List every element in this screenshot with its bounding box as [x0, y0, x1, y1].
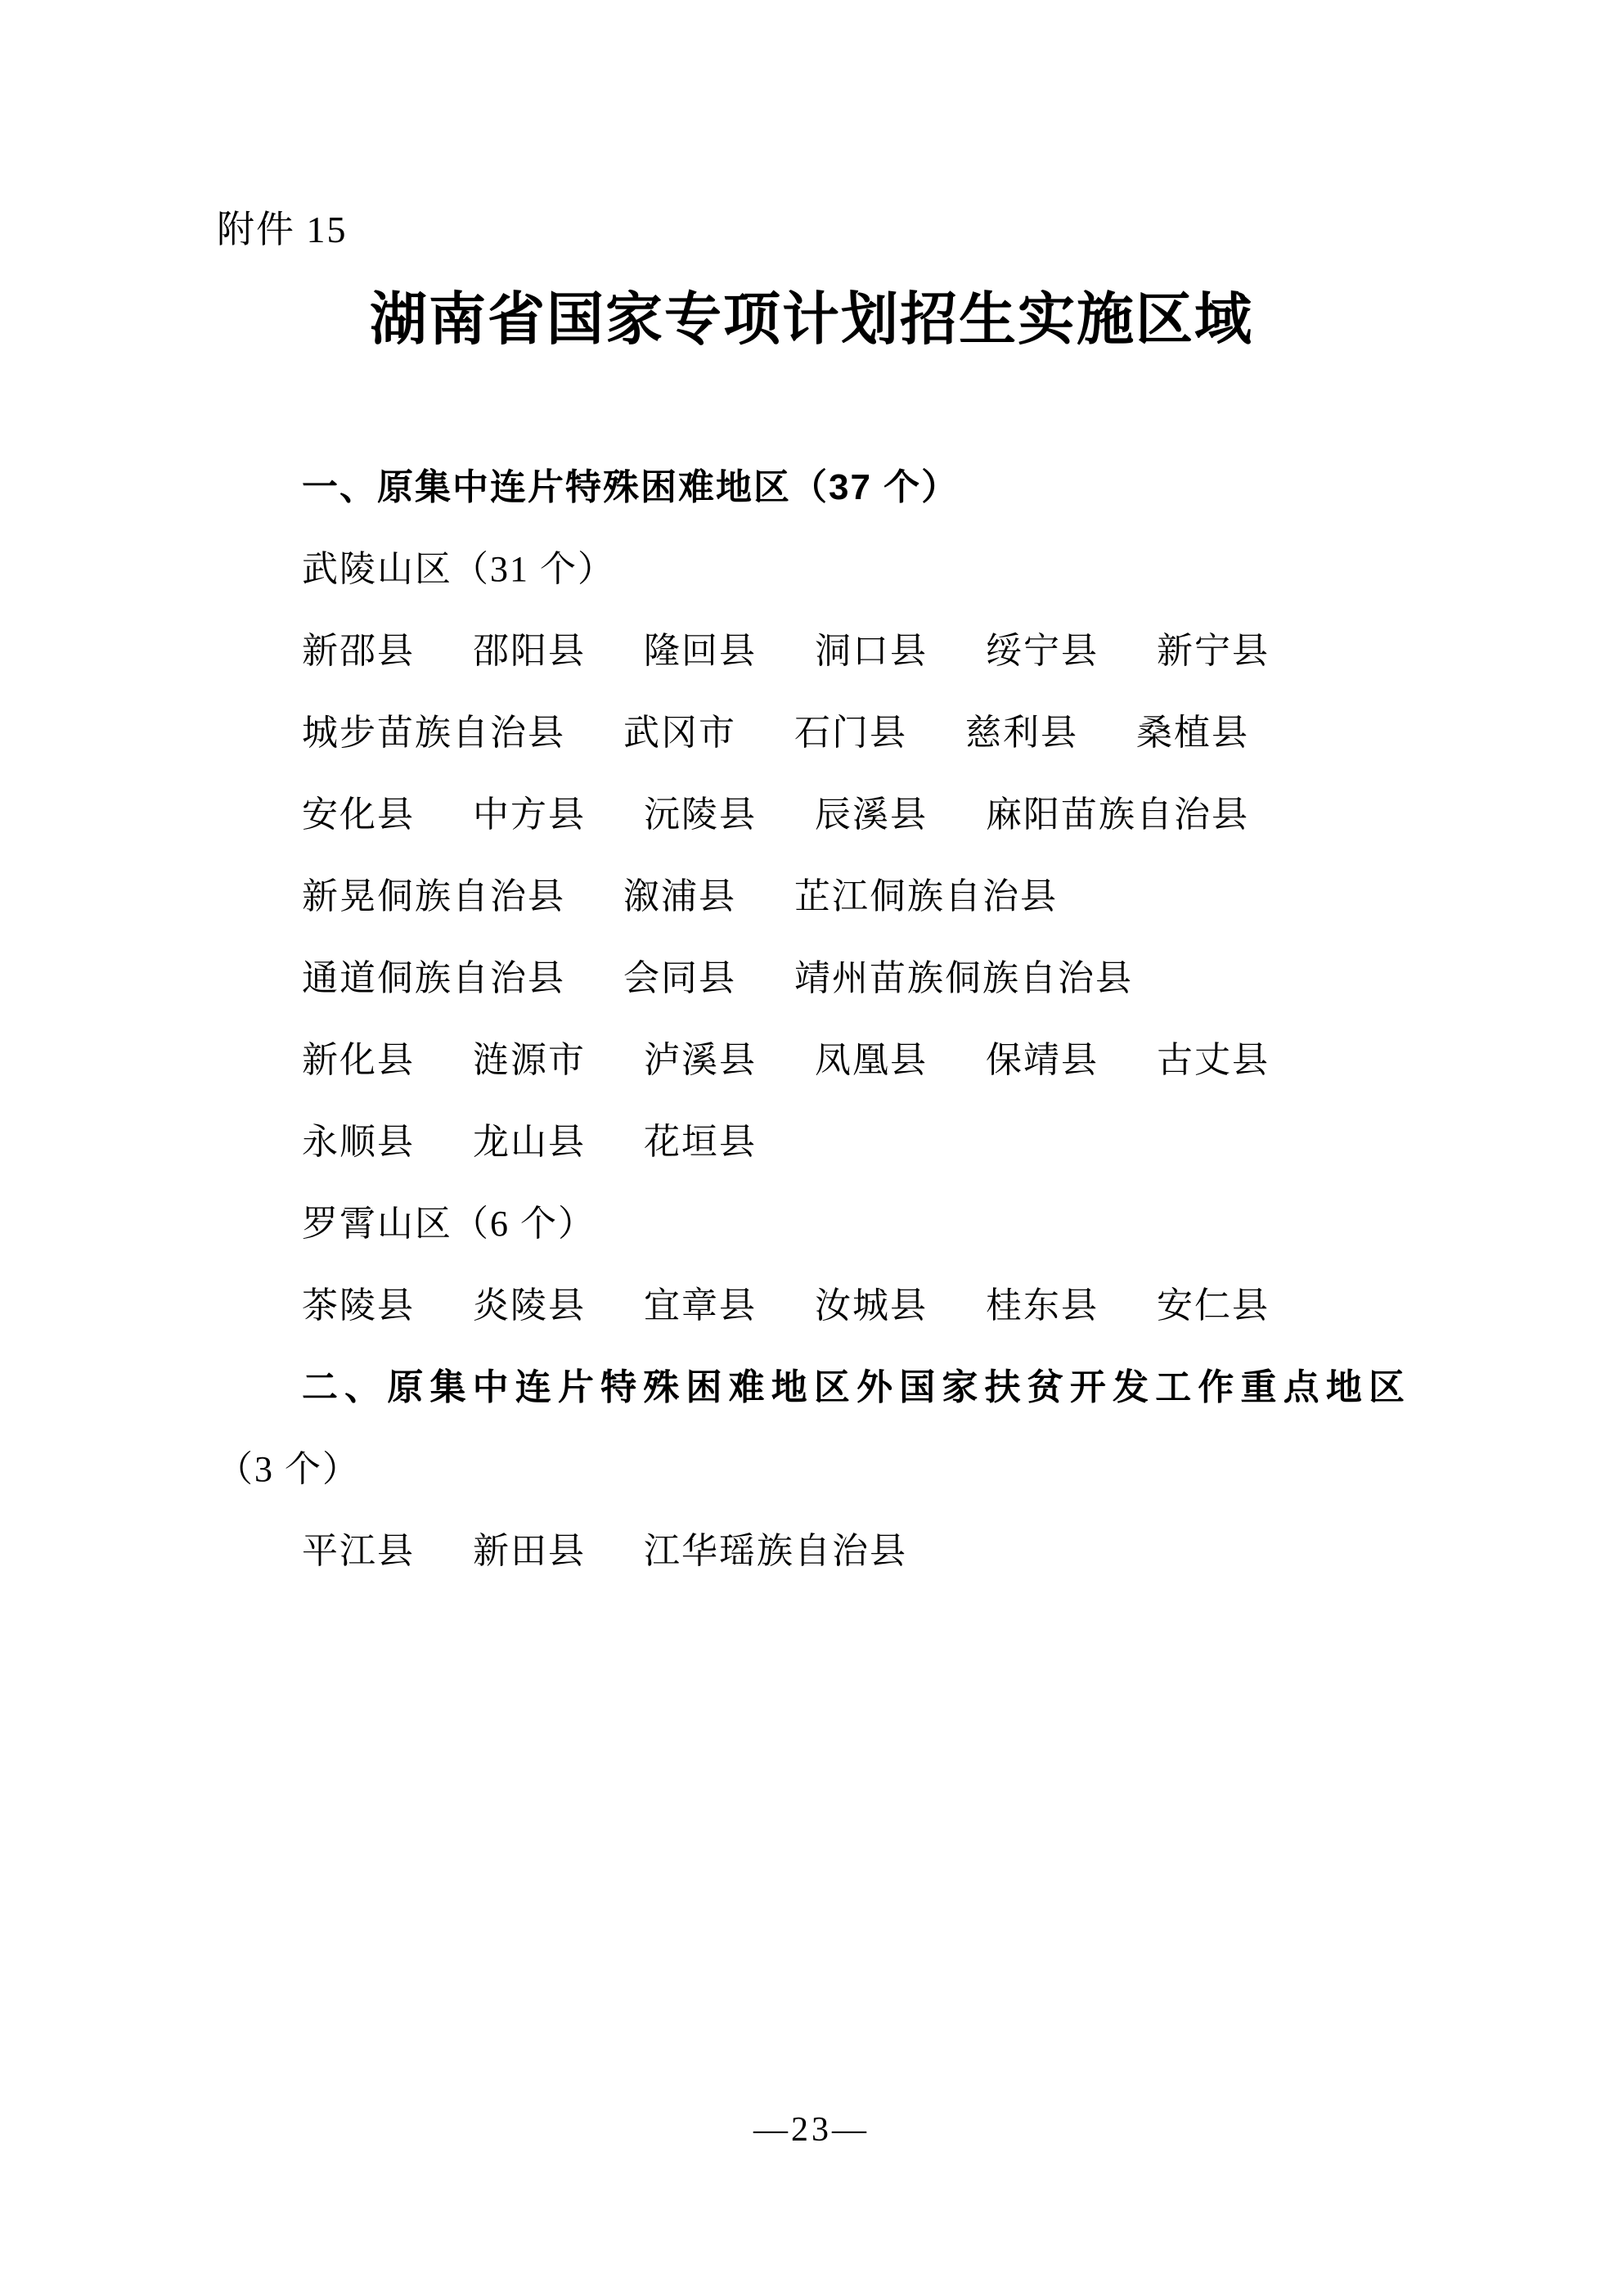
county-name: 麻阳苗族自治县 [986, 795, 1249, 835]
county-name: 花垣县 [644, 1122, 757, 1162]
county-name: 隆回县 [644, 631, 757, 671]
county-row: 新晃侗族自治县溆浦县芷江侗族自治县 [217, 856, 1406, 938]
county-name: 通道侗族自治县 [302, 958, 565, 998]
county-row: 永顺县龙山县花垣县 [217, 1101, 1406, 1183]
county-row: 通道侗族自治县会同县靖州苗族侗族自治县 [217, 938, 1406, 1020]
county-name: 城步苗族自治县 [302, 713, 565, 753]
county-name: 安化县 [302, 795, 415, 835]
county-name: 溆浦县 [623, 876, 736, 916]
county-name: 涟源市 [473, 1040, 586, 1080]
county-name: 平江县 [302, 1531, 415, 1571]
county-name: 永顺县 [302, 1122, 415, 1162]
county-name: 慈利县 [965, 713, 1078, 753]
county-name: 武冈市 [623, 713, 736, 753]
county-name: 桂东县 [986, 1285, 1099, 1326]
section-2-heading-line1: 二、原集中连片特殊困难地区外国家扶贫开发工作重点地区 [217, 1347, 1406, 1429]
document-body: 一、原集中连片特殊困难地区（37 个） 武陵山区（31 个） 新邵县邵阳县隆回县… [217, 447, 1406, 1592]
county-name: 新田县 [473, 1531, 586, 1571]
county-row: 新化县涟源市泸溪县凤凰县保靖县古丈县 [217, 1020, 1406, 1101]
document-content: 附件 15 湖南省国家专项计划招生实施区域 一、原集中连片特殊困难地区（37 个… [0, 0, 1623, 2149]
county-name: 绥宁县 [986, 631, 1099, 671]
county-name: 保靖县 [986, 1040, 1099, 1080]
county-name: 邵阳县 [473, 631, 586, 671]
document-page: 附件 15 湖南省国家专项计划招生实施区域 一、原集中连片特殊困难地区（37 个… [0, 0, 1623, 2296]
county-name: 新邵县 [302, 631, 415, 671]
county-name: 古丈县 [1157, 1040, 1270, 1080]
group-luoxiao-name: 罗霄山区（6 个） [217, 1183, 1406, 1265]
county-name: 沅陵县 [644, 795, 757, 835]
county-name: 石门县 [794, 713, 907, 753]
page-number: —23— [217, 2111, 1406, 2149]
county-row: 安化县中方县沅陵县辰溪县麻阳苗族自治县 [217, 774, 1406, 856]
county-name: 安仁县 [1157, 1285, 1270, 1326]
county-row: 新邵县邵阳县隆回县洞口县绥宁县新宁县 [217, 610, 1406, 692]
county-name: 辰溪县 [815, 795, 928, 835]
county-name: 新宁县 [1157, 631, 1270, 671]
group-wuling-name: 武陵山区（31 个） [217, 529, 1406, 610]
county-name: 宜章县 [644, 1285, 757, 1326]
attachment-label: 附件 15 [217, 206, 1406, 254]
county-name: 桑植县 [1136, 713, 1249, 753]
section-1-heading: 一、原集中连片特殊困难地区（37 个） [217, 447, 1406, 529]
county-name: 凤凰县 [815, 1040, 928, 1080]
county-row: 城步苗族自治县武冈市石门县慈利县桑植县 [217, 692, 1406, 774]
county-name: 芷江侗族自治县 [794, 876, 1058, 916]
county-name: 炎陵县 [473, 1285, 586, 1326]
county-name: 汝城县 [815, 1285, 928, 1326]
county-name: 龙山县 [473, 1122, 586, 1162]
page-title: 湖南省国家专项计划招生实施区域 [217, 277, 1406, 365]
county-name: 茶陵县 [302, 1285, 415, 1326]
county-name: 洞口县 [815, 631, 928, 671]
county-name: 中方县 [473, 795, 586, 835]
county-name: 江华瑶族自治县 [644, 1531, 907, 1571]
county-name: 会同县 [623, 958, 736, 998]
county-name: 泸溪县 [644, 1040, 757, 1080]
county-name: 新化县 [302, 1040, 415, 1080]
county-name: 靖州苗族侗族自治县 [794, 958, 1133, 998]
county-row: 平江县新田县江华瑶族自治县 [217, 1510, 1406, 1592]
section-2-heading-line2: （3 个） [217, 1429, 1406, 1510]
county-row: 茶陵县炎陵县宜章县汝城县桂东县安仁县 [217, 1265, 1406, 1347]
county-name: 新晃侗族自治县 [302, 876, 565, 916]
